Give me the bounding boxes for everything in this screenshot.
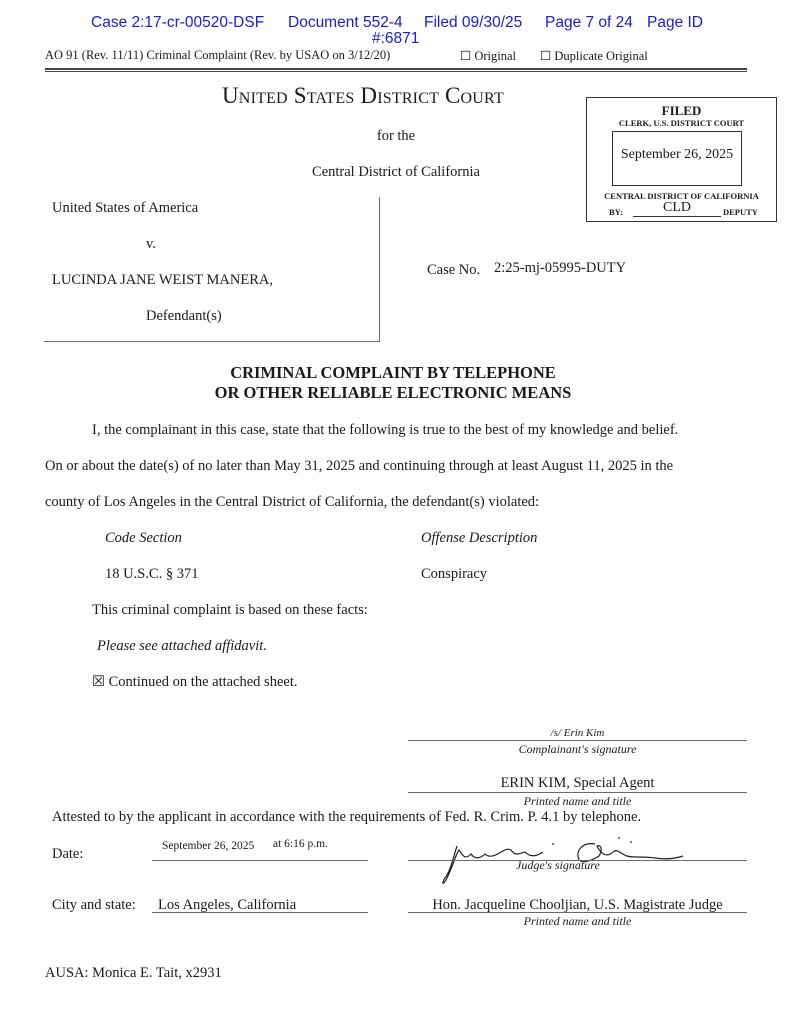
date-label: Date:	[52, 846, 83, 863]
case-number-label: Case No.	[427, 262, 480, 279]
attestation-text: Attested to by the applicant in accordan…	[52, 809, 641, 826]
filed-stamp-clerk: CLERK, U.S. DISTRICT COURT	[587, 118, 776, 128]
document-title-line2: OR OTHER RELIABLE ELECTRONIC MEANS	[0, 383, 786, 403]
filed-stamp-date: September 26, 2025	[613, 147, 741, 163]
ecf-page-count: Page 7 of 24	[545, 14, 633, 32]
caption-versus: v.	[146, 236, 156, 253]
filed-stamp: FILED CLERK, U.S. DISTRICT COURT Septemb…	[586, 97, 777, 222]
filed-stamp-by-label: BY:	[609, 207, 623, 217]
body-paragraph-2: On or about the date(s) of no later than…	[45, 458, 673, 475]
judge-printed-caption: Printed name and title	[408, 914, 747, 929]
body-paragraph-3: county of Los Angeles in the Central Dis…	[45, 494, 539, 511]
original-checkbox-icon[interactable]: ☐	[460, 49, 471, 63]
case-number-value: 2:25-mj-05995-DUTY	[494, 260, 626, 277]
header-rule-top	[45, 68, 747, 70]
court-for-the: for the	[296, 128, 496, 145]
filed-stamp-date-box: September 26, 2025	[612, 131, 742, 186]
city-state-line	[152, 912, 368, 913]
duplicate-checkbox-group[interactable]: ☐ Duplicate Original	[540, 48, 648, 64]
date-value: September 26, 2025	[162, 840, 254, 852]
caption-divider-vertical	[379, 197, 380, 341]
court-district: Central District of California	[276, 164, 516, 181]
complainant-signature-line	[408, 740, 747, 741]
complainant-signature: /s/ Erin Kim	[408, 727, 747, 739]
caption-divider-horizontal	[44, 341, 380, 342]
duplicate-checkbox-icon[interactable]: ☐	[540, 49, 551, 63]
header-rule-bottom	[45, 71, 747, 72]
complainant-printed-line	[408, 792, 747, 793]
body-paragraph-1: I, the complainant in this case, state t…	[92, 422, 678, 439]
offense-header-code: Code Section	[105, 530, 182, 547]
facts-text: Please see attached affidavit.	[97, 638, 267, 655]
judge-printed-line	[408, 912, 747, 913]
continued-checkbox-icon[interactable]: ☒	[92, 674, 105, 690]
ecf-filed-date: Filed 09/30/25	[424, 14, 522, 32]
ecf-case-number: Case 2:17-cr-00520-DSF	[91, 14, 264, 32]
filed-stamp-by-value: CLD	[633, 200, 721, 216]
judge-signature-caption: Judge's signature	[516, 858, 600, 873]
original-label: Original	[474, 49, 516, 63]
caption-defendant-label: Defendant(s)	[146, 308, 222, 325]
filed-stamp-by-line	[633, 216, 721, 217]
continued-label: Continued on the attached sheet.	[109, 674, 298, 690]
form-identifier: AO 91 (Rev. 11/11) Criminal Complaint (R…	[45, 48, 390, 63]
offense-row-description: Conspiracy	[421, 566, 487, 583]
ecf-page-id-label: Page ID	[647, 14, 703, 32]
continued-checkbox-group[interactable]: ☒ Continued on the attached sheet.	[92, 674, 297, 691]
caption-defendant: LUCINDA JANE WEIST MANERA,	[52, 272, 273, 289]
complainant-printed-name: ERIN KIM, Special Agent	[408, 775, 747, 792]
ausa-contact: AUSA: Monica E. Tait, x2931	[45, 965, 222, 982]
duplicate-label: Duplicate Original	[554, 49, 647, 63]
document-title-line1: CRIMINAL COMPLAINT BY TELEPHONE	[0, 363, 786, 383]
city-state-label: City and state:	[52, 897, 136, 914]
complainant-printed-caption: Printed name and title	[408, 794, 747, 809]
time-value: at 6:16 p.m.	[273, 838, 328, 850]
original-checkbox-group[interactable]: ☐ Original	[460, 48, 516, 64]
ecf-page-id-value: #:6871	[372, 30, 419, 48]
court-title: United States District Court	[222, 83, 504, 109]
filed-stamp-deputy: DEPUTY	[723, 207, 758, 217]
offense-row-code: 18 U.S.C. § 371	[105, 566, 198, 583]
offense-header-description: Offense Description	[421, 530, 537, 547]
facts-label: This criminal complaint is based on thes…	[92, 602, 368, 619]
filed-stamp-title: FILED	[587, 103, 776, 119]
complainant-signature-caption: Complainant's signature	[408, 742, 747, 757]
date-line	[152, 860, 368, 861]
caption-plaintiff: United States of America	[52, 200, 198, 217]
